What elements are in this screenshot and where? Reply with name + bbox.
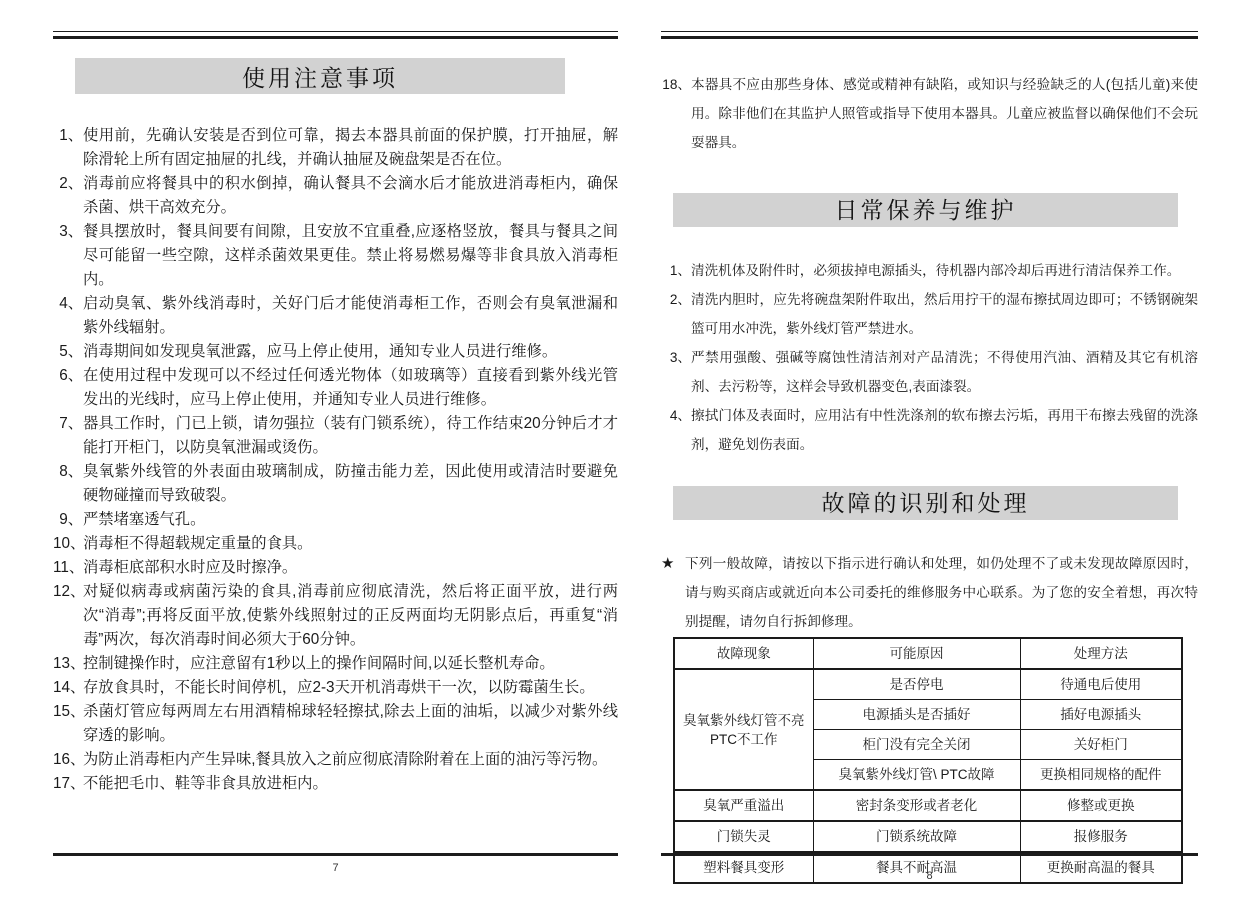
item-number: 1、: [53, 124, 83, 148]
usage-item-7: 7、器具工作时，门已上锁，请勿强拉（装有门锁系统），待工作结束20分钟后才才能打…: [53, 412, 618, 460]
item-text: 控制键操作时，应注意留有1秒以上的操作间隔时间,以延长整机寿命。: [83, 652, 618, 676]
fault-phenomenon-cell: 臭氧严重溢出: [674, 790, 813, 821]
fault-remedy-cell: 修整或更换: [1020, 790, 1182, 821]
item-text: 消毒期间如发现臭氧泄露，应马上停止使用，通知专业人员进行维修。: [83, 340, 618, 364]
item-text: 严禁用强酸、强碱等腐蚀性清洁剂对产品清洗；不得使用汽油、酒精及其它有机溶剂、去污…: [691, 343, 1198, 401]
item-text: 清洗内胆时，应先将碗盘架附件取出，然后用拧干的湿布擦拭周边即可；不锈钢碗架篮可用…: [691, 285, 1198, 343]
fault-remedy-cell: 更换相同规格的配件: [1020, 760, 1182, 791]
item-number: 13、: [53, 652, 83, 676]
table-row: 臭氧严重溢出密封条变形或者老化修整或更换: [674, 790, 1182, 821]
item-number: 18、: [661, 70, 691, 99]
usage-item-11: 11、消毒柜底部积水时应及时擦净。: [53, 556, 618, 580]
fault-remedy-cell: 关好柜门: [1020, 730, 1182, 760]
table-row: 门锁失灵门锁系统故障报修服务: [674, 821, 1182, 852]
usage-item-10: 10、消毒柜不得超载规定重量的食具。: [53, 532, 618, 556]
item-text: 擦拭门体及表面时，应用沾有中性洗涤剂的软布擦去污垢，再用干布擦去残留的洗涤剂，避…: [691, 401, 1198, 459]
usage-item-5: 5、消毒期间如发现臭氧泄露，应马上停止使用，通知专业人员进行维修。: [53, 340, 618, 364]
item-number: 10、: [53, 532, 83, 556]
item-text: 启动臭氧、紫外线消毒时，关好门后才能使消毒柜工作，否则会有臭氧泄漏和紫外线辐射。: [83, 292, 618, 340]
fault-table-header: 故障现象: [674, 638, 813, 669]
item-number: 3、: [53, 220, 83, 244]
section-banner-usage: 使用注意事项: [75, 58, 565, 94]
page-number-right: 8: [661, 862, 1198, 891]
item-number: 2、: [661, 285, 691, 314]
item-number: 3、: [661, 343, 691, 372]
section-title-maintenance: 日常保养与维护: [835, 196, 1017, 225]
usage-item-16: 16、为防止消毒柜内产生异味,餐具放入之前应彻底清除附着在上面的油污等污物。: [53, 748, 618, 772]
table-row: 臭氧紫外线灯管不亮 PTC不工作是否停电待通电后使用: [674, 669, 1182, 700]
section-title-troubleshooting: 故障的识别和处理: [822, 489, 1030, 518]
fault-phenomenon-cell: 门锁失灵: [674, 821, 813, 852]
usage-item-18: 18、 本器具不应由那些身体、感觉或精神有缺陷，或知识与经验缺乏的人(包括儿童)…: [661, 70, 1198, 157]
item-text: 杀菌灯管应每两周左右用酒精棉球轻轻擦拭,除去上面的油垢，以减少对紫外线穿透的影响…: [83, 700, 618, 748]
item-text: 消毒柜底部积水时应及时擦净。: [83, 556, 618, 580]
item-number: 12、: [53, 580, 83, 604]
item-number: 4、: [53, 292, 83, 316]
maintenance-item-4: 4、擦拭门体及表面时，应用沾有中性洗涤剂的软布擦去污垢，再用干布擦去残留的洗涤剂…: [661, 401, 1198, 459]
star-icon: ★: [661, 549, 685, 578]
usage-item-13: 13、控制键操作时，应注意留有1秒以上的操作间隔时间,以延长整机寿命。: [53, 652, 618, 676]
top-double-rule: [53, 31, 618, 39]
page-number-left: 7: [53, 862, 618, 874]
usage-item-9: 9、严禁堵塞透气孔。: [53, 508, 618, 532]
manual-spread: 使用注意事项 1、使用前，先确认安装是否到位可靠，揭去本器具前面的保护膜，打开抽…: [0, 0, 1240, 913]
item-number: 9、: [53, 508, 83, 532]
item-number: 6、: [53, 364, 83, 388]
section-banner-maintenance: 日常保养与维护: [673, 193, 1178, 227]
item-number: 5、: [53, 340, 83, 364]
section-title-usage: 使用注意事项: [242, 60, 398, 93]
fault-cause-cell: 门锁系统故障: [813, 821, 1020, 852]
item-text: 本器具不应由那些身体、感觉或精神有缺陷，或知识与经验缺乏的人(包括儿童)来使用。…: [691, 70, 1198, 157]
item-number: 14、: [53, 676, 83, 700]
item-text: 在使用过程中发现可以不经过任何透光物体（如玻璃等）直接看到紫外线光管发出的光线时…: [83, 364, 618, 412]
fault-table-header: 可能原因: [813, 638, 1020, 669]
item-number: 1、: [661, 256, 691, 285]
item-text: 不能把毛巾、鞋等非食具放进柜内。: [83, 772, 618, 796]
item-text: 对疑似病毒或病菌污染的食具,消毒前应彻底清洗，然后将正面平放，进行两次“消毒”;…: [83, 580, 618, 652]
usage-item-14: 14、存放食具时，不能长时间停机，应2-3天开机消毒烘干一次，以防霉菌生长。: [53, 676, 618, 700]
fault-table: 故障现象可能原因处理方法臭氧紫外线灯管不亮 PTC不工作是否停电待通电后使用电源…: [673, 637, 1183, 884]
troubleshooting-note-text: 下列一般故障，请按以下指示进行确认和处理，如仍处理不了或未发现故障原因时，请与购…: [685, 549, 1198, 636]
usage-item-8: 8、臭氧紫外线管的外表面由玻璃制成，防撞击能力差，因此使用或清洁时要避免硬物碰撞…: [53, 460, 618, 508]
maintenance-item-1: 1、清洗机体及附件时，必须拔掉电源插头，待机器内部冷却后再进行清洁保养工作。: [661, 256, 1198, 285]
fault-remedy-cell: 报修服务: [1020, 821, 1182, 852]
top-double-rule: [661, 31, 1198, 39]
item-number: 4、: [661, 401, 691, 430]
usage-item-6: 6、在使用过程中发现可以不经过任何透光物体（如玻璃等）直接看到紫外线光管发出的光…: [53, 364, 618, 412]
section-banner-troubleshooting: 故障的识别和处理: [673, 486, 1178, 520]
item-number: 2、: [53, 172, 83, 196]
item-text: 消毒柜不得超载规定重量的食具。: [83, 532, 618, 556]
item-number: 8、: [53, 460, 83, 484]
usage-item-3: 3、餐具摆放时，餐具间要有间隙，且安放不宜重叠,应逐格竖放，餐具与餐具之间尽可能…: [53, 220, 618, 292]
maintenance-item-3: 3、严禁用强酸、强碱等腐蚀性清洁剂对产品清洗；不得使用汽油、酒精及其它有机溶剂、…: [661, 343, 1198, 401]
fault-remedy-cell: 插好电源插头: [1020, 700, 1182, 730]
item-text: 为防止消毒柜内产生异味,餐具放入之前应彻底清除附着在上面的油污等污物。: [83, 748, 618, 772]
usage-item-1: 1、使用前，先确认安装是否到位可靠，揭去本器具前面的保护膜，打开抽屉，解除滑轮上…: [53, 124, 618, 172]
footer-rule-left: [53, 853, 618, 856]
usage-item-2: 2、消毒前应将餐具中的积水倒掉，确认餐具不会滴水后才能放进消毒柜内，确保杀菌、烘…: [53, 172, 618, 220]
item-number: 16、: [53, 748, 83, 772]
item-text: 存放食具时，不能长时间停机，应2-3天开机消毒烘干一次，以防霉菌生长。: [83, 676, 618, 700]
page-left: 使用注意事项 1、使用前，先确认安装是否到位可靠，揭去本器具前面的保护膜，打开抽…: [53, 0, 618, 913]
fault-cause-cell: 密封条变形或者老化: [813, 790, 1020, 821]
item-text: 臭氧紫外线管的外表面由玻璃制成，防撞击能力差，因此使用或清洁时要避免硬物碰撞而导…: [83, 460, 618, 508]
item-text: 消毒前应将餐具中的积水倒掉，确认餐具不会滴水后才能放进消毒柜内，确保杀菌、烘干高…: [83, 172, 618, 220]
fault-cause-cell: 电源插头是否插好: [813, 700, 1020, 730]
item-number: 17、: [53, 772, 83, 796]
item-text: 器具工作时，门已上锁，请勿强拉（装有门锁系统），待工作结束20分钟后才才能打开柜…: [83, 412, 618, 460]
item-number: 11、: [53, 556, 83, 580]
item-text: 使用前，先确认安装是否到位可靠，揭去本器具前面的保护膜，打开抽屉，解除滑轮上所有…: [83, 124, 618, 172]
usage-item-4: 4、启动臭氧、紫外线消毒时，关好门后才能使消毒柜工作，否则会有臭氧泄漏和紫外线辐…: [53, 292, 618, 340]
item-text: 清洗机体及附件时，必须拔掉电源插头，待机器内部冷却后再进行清洁保养工作。: [691, 256, 1198, 285]
fault-phenomenon-cell: 臭氧紫外线灯管不亮 PTC不工作: [674, 669, 813, 790]
troubleshooting-note: ★ 下列一般故障，请按以下指示进行确认和处理，如仍处理不了或未发现故障原因时，请…: [661, 549, 1198, 636]
item-number: 7、: [53, 412, 83, 436]
item-text: 餐具摆放时，餐具间要有间隙，且安放不宜重叠,应逐格竖放，餐具与餐具之间尽可能留一…: [83, 220, 618, 292]
item-text: 严禁堵塞透气孔。: [83, 508, 618, 532]
fault-cause-cell: 是否停电: [813, 669, 1020, 700]
usage-item-17: 17、不能把毛巾、鞋等非食具放进柜内。: [53, 772, 618, 796]
maintenance-item-2: 2、清洗内胆时，应先将碗盘架附件取出，然后用拧干的湿布擦拭周边即可；不锈钢碗架篮…: [661, 285, 1198, 343]
fault-table-header-row: 故障现象可能原因处理方法: [674, 638, 1182, 669]
maintenance-list: 1、清洗机体及附件时，必须拔掉电源插头，待机器内部冷却后再进行清洁保养工作。2、…: [661, 256, 1198, 459]
footer-rule-right: [661, 853, 1198, 856]
usage-item-12: 12、对疑似病毒或病菌污染的食具,消毒前应彻底清洗，然后将正面平放，进行两次“消…: [53, 580, 618, 652]
item-number: 15、: [53, 700, 83, 724]
usage-item-15: 15、杀菌灯管应每两周左右用酒精棉球轻轻擦拭,除去上面的油垢，以减少对紫外线穿透…: [53, 700, 618, 748]
page-right: 18、 本器具不应由那些身体、感觉或精神有缺陷，或知识与经验缺乏的人(包括儿童)…: [661, 0, 1198, 913]
usage-notes-list: 1、使用前，先确认安装是否到位可靠，揭去本器具前面的保护膜，打开抽屉，解除滑轮上…: [53, 124, 618, 796]
fault-remedy-cell: 待通电后使用: [1020, 669, 1182, 700]
fault-cause-cell: 臭氧紫外线灯管\ PTC故障: [813, 760, 1020, 791]
fault-cause-cell: 柜门没有完全关闭: [813, 730, 1020, 760]
fault-table-header: 处理方法: [1020, 638, 1182, 669]
